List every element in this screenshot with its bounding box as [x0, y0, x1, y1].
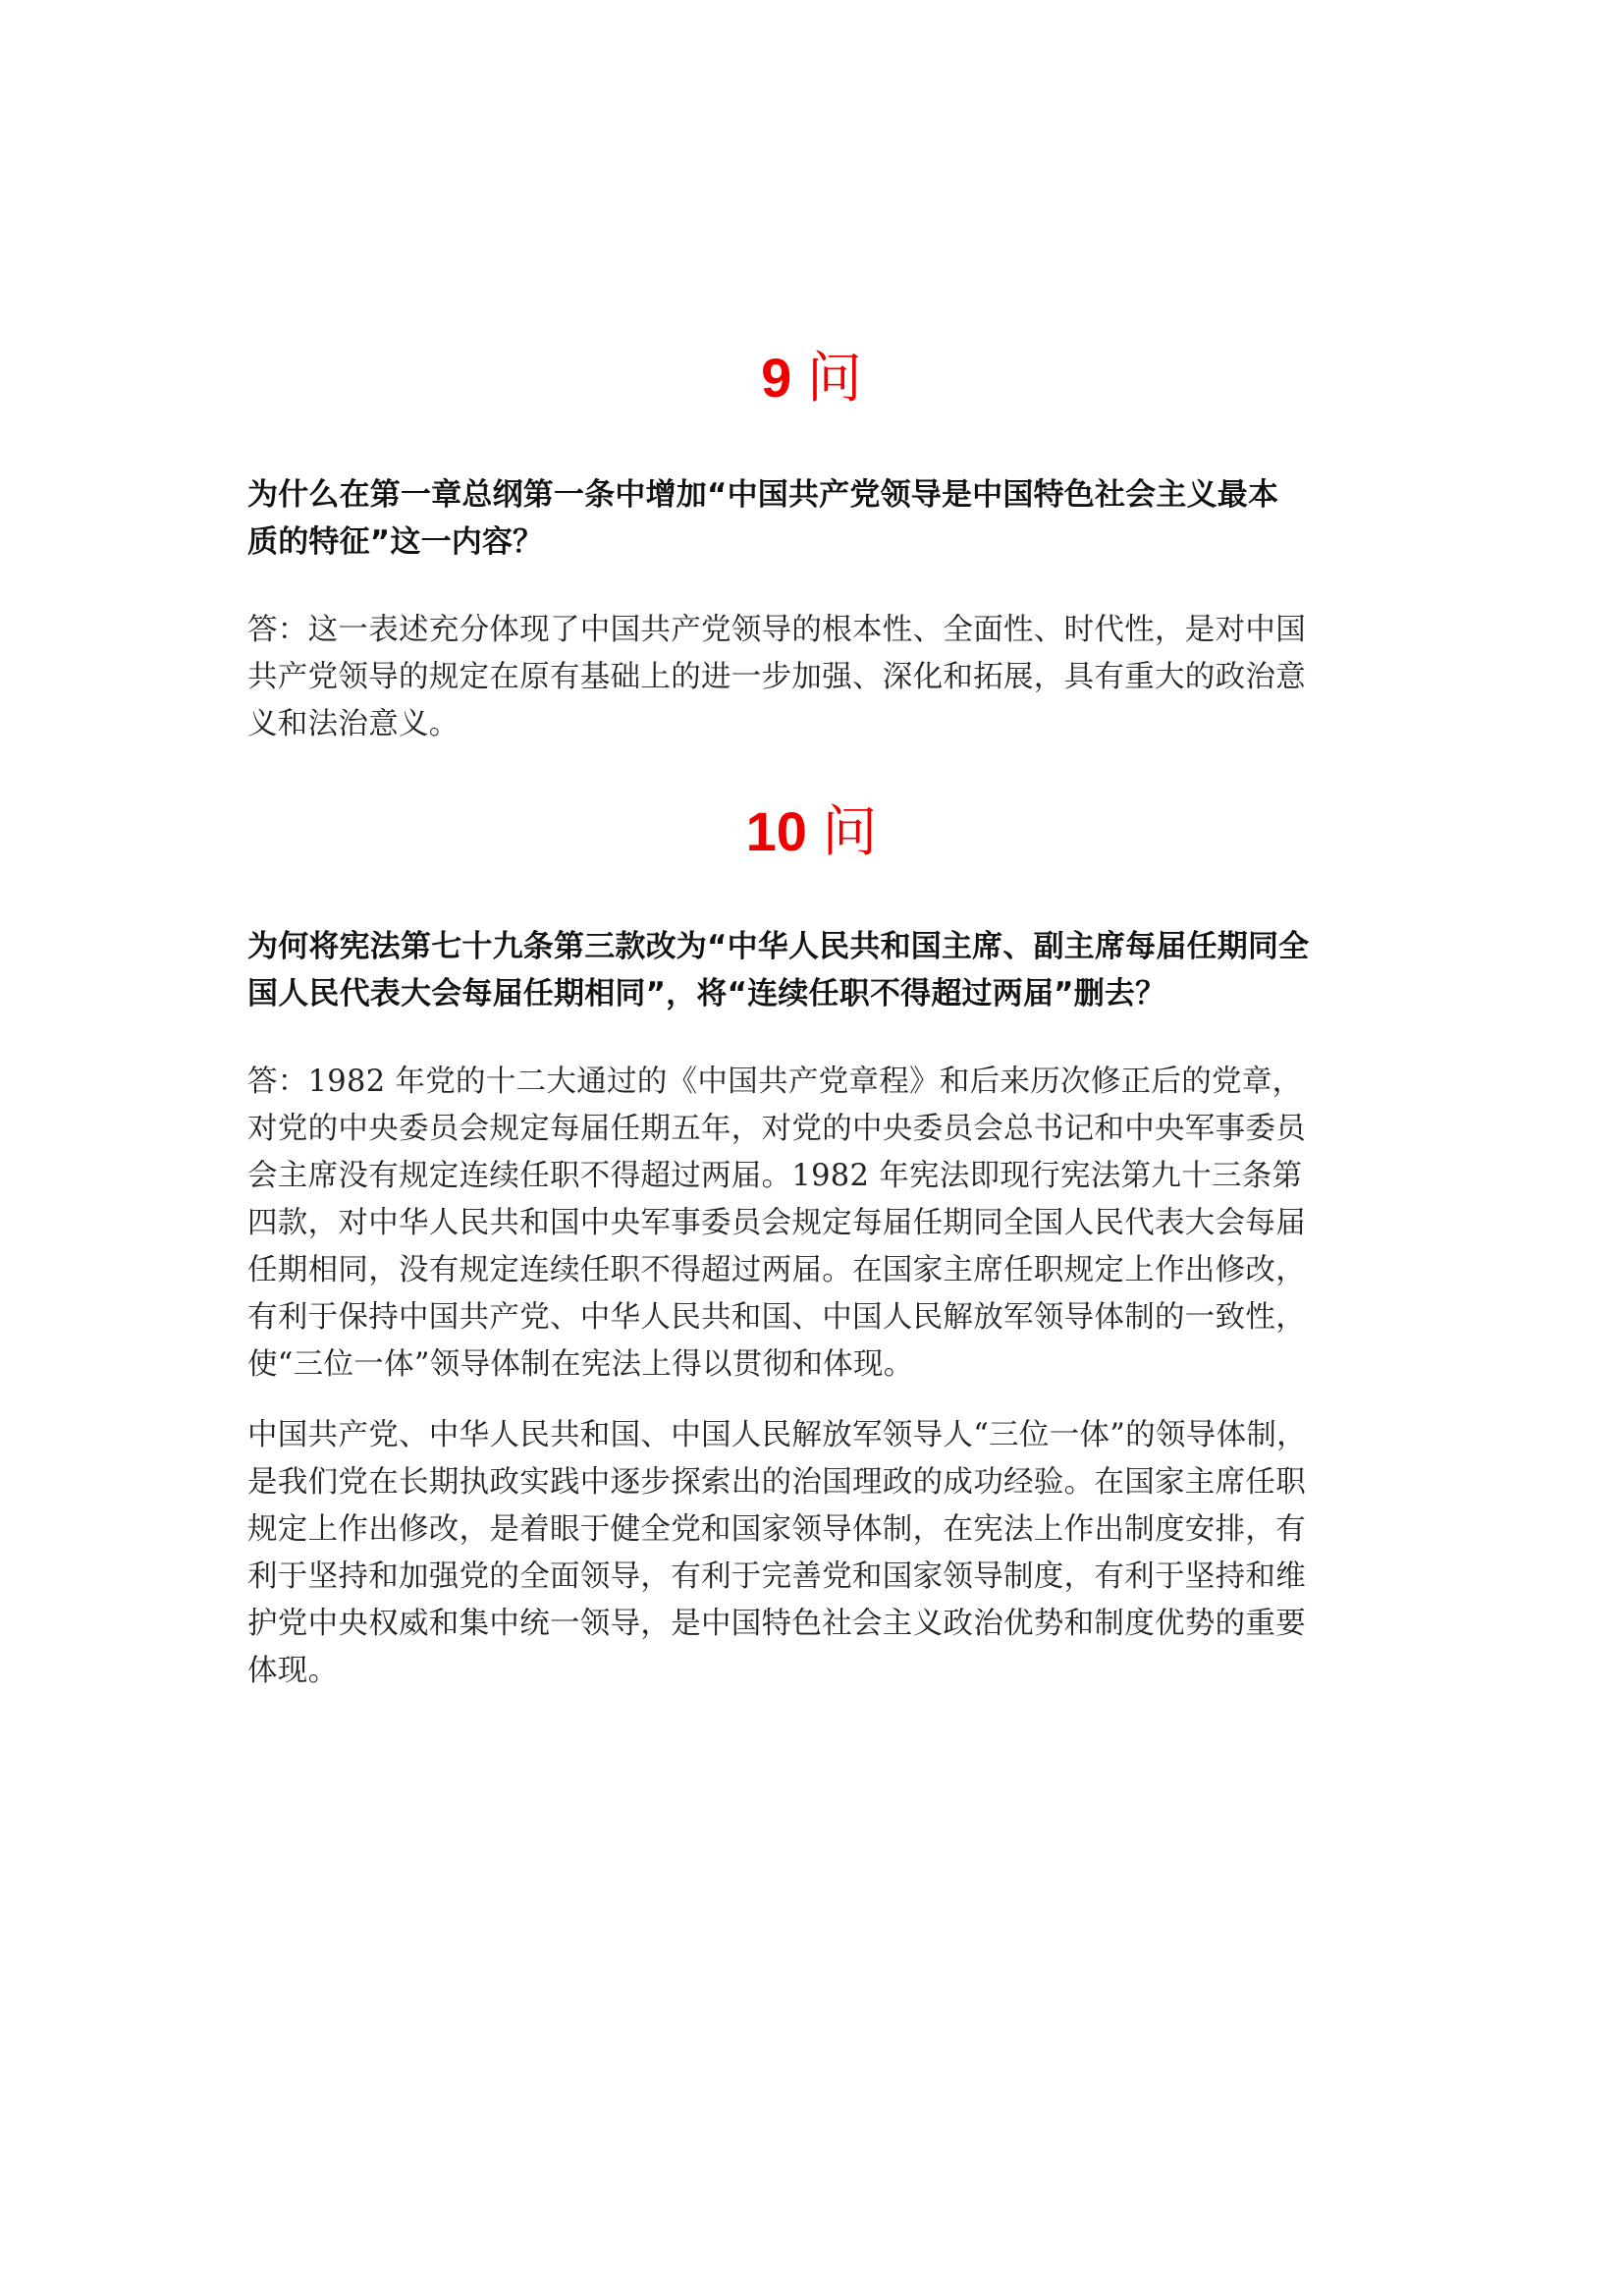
- answer-line: 规定上作出修改，是着眼于健全党和国家领导体制，在宪法上作出制度安排，有: [247, 1506, 1386, 1554]
- section-10-answer-paragraph-1: 答：1982 年党的十二大通过的《中国共产党章程》和后来历次修正后的党章， 对党…: [247, 1059, 1386, 1389]
- section-number: 9: [761, 347, 791, 409]
- answer-line: 中国共产党、中华人民共和国、中国人民解放军领导人“三位一体”的领导体制，: [247, 1412, 1386, 1459]
- question-line: 质的特征”这一内容？: [247, 519, 1386, 566]
- answer-line: 会主席没有规定连续任职不得超过两届。1982 年宪法即现行宪法第九十三条第: [247, 1153, 1386, 1200]
- question-line: 国人民代表大会每届任期相同”，将“连续任职不得超过两届”删去？: [247, 970, 1386, 1017]
- answer-line: 使“三位一体”领导体制在宪法上得以贯彻和体现。: [247, 1341, 1386, 1389]
- section-suffix: 问: [822, 800, 877, 864]
- answer-line: 义和法治意义。: [247, 701, 1386, 748]
- answer-line: 利于坚持和加强党的全面领导，有利于完善党和国家领导制度，有利于坚持和维: [247, 1554, 1386, 1601]
- section-10-answer-paragraph-2: 中国共产党、中华人民共和国、中国人民解放军领导人“三位一体”的领导体制， 是我们…: [247, 1412, 1386, 1695]
- answer-line: 任期相同，没有规定连续任职不得超过两届。在国家主席任职规定上作出修改，: [247, 1247, 1386, 1294]
- answer-line: 答：1982 年党的十二大通过的《中国共产党章程》和后来历次修正后的党章，: [247, 1059, 1386, 1106]
- section-number: 10: [746, 800, 807, 862]
- section-9-answer: 答：这一表述充分体现了中国共产党领导的根本性、全面性、时代性，是对中国 共产党领…: [247, 607, 1386, 748]
- answer-line: 有利于保持中国共产党、中华人民共和国、中国人民解放军领导体制的一致性，: [247, 1294, 1386, 1341]
- section-9-heading: 9 问: [0, 344, 1623, 413]
- answer-line: 共产党领导的规定在原有基础上的进一步加强、深化和拓展，具有重大的政治意: [247, 654, 1386, 701]
- section-suffix: 问: [807, 347, 862, 410]
- answer-line: 对党的中央委员会规定每届任期五年，对党的中央委员会总书记和中央军事委员: [247, 1106, 1386, 1153]
- question-line: 为何将宪法第七十九条第三款改为“中华人民共和国主席、副主席每届任期同全: [247, 923, 1386, 970]
- section-9-question: 为什么在第一章总纲第一条中增加“中国共产党领导是中国特色社会主义最本 质的特征”…: [247, 471, 1386, 566]
- answer-line: 护党中央权威和集中统一领导，是中国特色社会主义政治优势和制度优势的重要: [247, 1601, 1386, 1648]
- answer-line: 四款，对中华人民共和国中央军事委员会规定每届任期同全国人民代表大会每届: [247, 1200, 1386, 1247]
- answer-line: 体现。: [247, 1648, 1386, 1695]
- answer-line: 是我们党在长期执政实践中逐步探索出的治国理政的成功经验。在国家主席任职: [247, 1459, 1386, 1506]
- question-line: 为什么在第一章总纲第一条中增加“中国共产党领导是中国特色社会主义最本: [247, 471, 1386, 519]
- document-page: 9 问 为什么在第一章总纲第一条中增加“中国共产党领导是中国特色社会主义最本 质…: [0, 0, 1623, 2296]
- answer-line: 答：这一表述充分体现了中国共产党领导的根本性、全面性、时代性，是对中国: [247, 607, 1386, 654]
- section-10-question: 为何将宪法第七十九条第三款改为“中华人民共和国主席、副主席每届任期同全 国人民代…: [247, 923, 1386, 1017]
- section-10-heading: 10 问: [0, 797, 1623, 867]
